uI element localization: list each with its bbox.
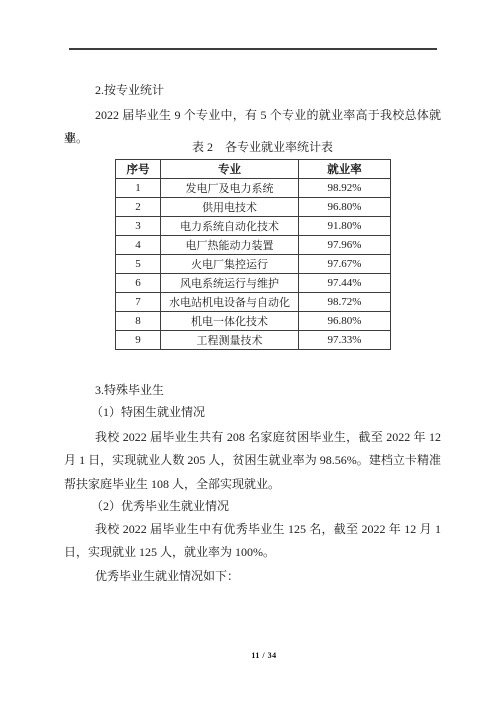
document-page: 2.按专业统计 2022 届毕业生 9 个专业中，有 5 个专业的就业率高于我校…	[0, 0, 500, 707]
table-cell: 97.44%	[299, 274, 391, 293]
header-rule	[69, 48, 437, 50]
table-cell: 7	[116, 293, 161, 312]
table-cell: 97.67%	[299, 255, 391, 274]
table-cell: 5	[116, 255, 161, 274]
table-cell: 97.33%	[299, 331, 391, 350]
table-caption: 表 2 各专业就业率统计表	[64, 139, 441, 155]
table-row: 8机电一体化技术96.80%	[116, 312, 391, 331]
table-cell: 6	[116, 274, 161, 293]
table-row: 1发电厂及电力系统98.92%	[116, 179, 391, 198]
table-cell: 2	[116, 198, 161, 217]
table-header-row: 序号 专业 就业率	[116, 160, 391, 179]
table-cell: 4	[116, 236, 161, 255]
sub1-heading: （1）特困生就业情况	[64, 401, 441, 424]
closing-line: 优秀毕业生就业情况如下：	[64, 565, 441, 588]
table-cell: 98.92%	[299, 179, 391, 198]
para-line: 日，实现就业 125 人，就业率为 100%。	[64, 541, 441, 564]
sub2-heading: （2）优秀毕业生就业情况	[64, 495, 441, 518]
para-line: 我校 2022 届毕业生中有优秀毕业生 125 名，截至 2022 年 12 月…	[64, 518, 441, 541]
header-cell-seq: 序号	[116, 160, 161, 179]
table-cell: 97.96%	[299, 236, 391, 255]
page-number: 11 / 34	[0, 651, 500, 661]
table-row: 6风电系统运行与维护97.44%	[116, 274, 391, 293]
header-cell-rate: 就业率	[299, 160, 391, 179]
table-row: 3电力系统自动化技术91.80%	[116, 217, 391, 236]
employment-rate-table: 序号 专业 就业率 1发电厂及电力系统98.92%2供用电技术96.80%3电力…	[115, 159, 391, 350]
table-cell: 工程测量技术	[161, 331, 299, 350]
para-line: 我校 2022 届毕业生共有 208 名家庭贫困毕业生，截至 2022 年 12	[64, 426, 441, 449]
table-cell: 发电厂及电力系统	[161, 179, 299, 198]
section2-heading: 2.按专业统计	[64, 79, 441, 102]
table-cell: 1	[116, 179, 161, 198]
table-cell: 机电一体化技术	[161, 312, 299, 331]
table-row: 9工程测量技术97.33%	[116, 331, 391, 350]
section3-heading: 3.特殊毕业生	[64, 379, 441, 402]
sub2-paragraph: 我校 2022 届毕业生中有优秀毕业生 125 名，截至 2022 年 12 月…	[64, 518, 441, 565]
table-row: 2供用电技术96.80%	[116, 198, 391, 217]
header-cell-major: 专业	[161, 160, 299, 179]
table-row: 4电厂热能动力装置97.96%	[116, 236, 391, 255]
para-line: 月 1 日，实现就业人数 205 人，贫困生就业率为 98.56%。建档立卡精准	[64, 449, 441, 472]
table-cell: 9	[116, 331, 161, 350]
table-cell: 水电站机电设备与自动化	[161, 293, 299, 312]
table-cell: 风电系统运行与维护	[161, 274, 299, 293]
table-cell: 电厂热能动力装置	[161, 236, 299, 255]
table-cell: 供用电技术	[161, 198, 299, 217]
table-cell: 96.80%	[299, 198, 391, 217]
para-line: 2022 届毕业生 9 个专业中，有 5 个专业的就业率高于我校总体就业	[64, 104, 441, 127]
table-row: 5火电厂集控运行97.67%	[116, 255, 391, 274]
table-cell: 3	[116, 217, 161, 236]
para-line: 帮扶家庭毕业生 108 人，全部实现就业。	[64, 473, 441, 496]
table-cell: 98.72%	[299, 293, 391, 312]
table-cell: 91.80%	[299, 217, 391, 236]
table-body: 1发电厂及电力系统98.92%2供用电技术96.80%3电力系统自动化技术91.…	[116, 179, 391, 350]
table-cell: 电力系统自动化技术	[161, 217, 299, 236]
table-cell: 火电厂集控运行	[161, 255, 299, 274]
table-cell: 8	[116, 312, 161, 331]
table-cell: 96.80%	[299, 312, 391, 331]
sub1-paragraph: 我校 2022 届毕业生共有 208 名家庭贫困毕业生，截至 2022 年 12…	[64, 426, 441, 496]
table-row: 7水电站机电设备与自动化98.72%	[116, 293, 391, 312]
